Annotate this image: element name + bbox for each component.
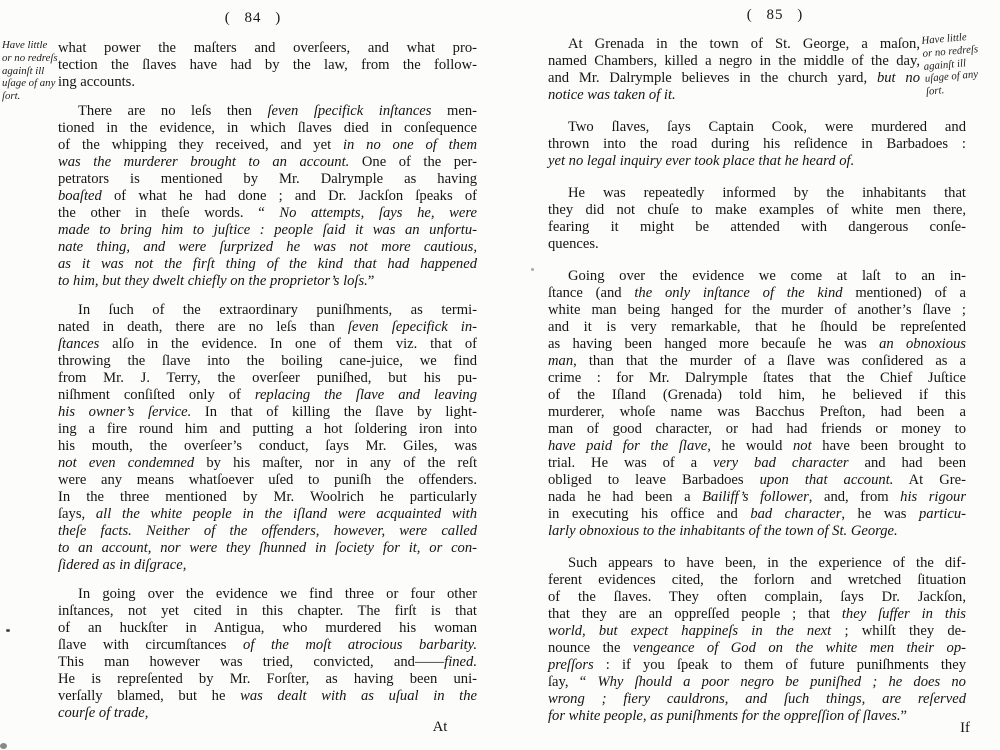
margin-note-left: Have little or no redreſs againſt ill uſ…	[2, 39, 58, 103]
text-line: made to bring him to juſtice : people ſa…	[58, 222, 477, 239]
text-line: wrong ; fiery cauldrons, and ſuch things…	[548, 691, 966, 708]
scan-speck	[0, 743, 7, 749]
text-line: In the three mentioned by Mr. Woolrich h…	[58, 489, 477, 506]
text-line: throwing the ſlave into the boiling cane…	[58, 353, 477, 370]
page-number-85: ( 85 )	[705, 7, 845, 24]
paragraph: Two ſlaves, ſays Captain Cook, were murd…	[548, 119, 966, 170]
paragraph: In ſuch of the extraordinary puniſhments…	[58, 302, 477, 574]
text-line: man, than that the murder of a ſlave was…	[548, 353, 966, 370]
paragraph: At Grenada in the town of St. George, a …	[548, 36, 966, 104]
paragraph: He was repeatedly informed by the inhabi…	[548, 185, 966, 253]
text-line: tection the ſlaves have had by the law, …	[58, 57, 477, 74]
text-line: man of good character, or had had friend…	[548, 421, 966, 438]
text-line: In ſuch of the extraordinary puniſhments…	[58, 302, 477, 319]
page-number-84: ( 84 )	[183, 10, 323, 27]
text-line: obliged to leave Barbadoes upon that acc…	[548, 472, 966, 489]
text-line: white man being hanged for the murder of…	[548, 302, 966, 319]
text-line: named Chambers, killed a negro in the mi…	[548, 53, 966, 70]
text-line: At Grenada in the town of St. George, a …	[548, 36, 966, 53]
text-line: of the ſlaves. They often complain, ſays…	[548, 589, 966, 606]
paragraph: Such appears to have been, in the experi…	[548, 555, 966, 725]
paragraph: In going over the evidence we find three…	[58, 586, 477, 722]
text-line: was the murderer brought to an account. …	[58, 154, 477, 171]
text-line: his mouth, the overſeer’s conduct, ſays …	[58, 438, 477, 455]
text-line: notice was taken of it.	[548, 87, 966, 104]
text-line: for white people, as puniſhments for the…	[548, 708, 966, 725]
text-line: niſhment conſiſted only of replacing the…	[58, 387, 477, 404]
text-line: verſally blamed, but he was dealt with a…	[58, 688, 477, 705]
text-line: There are no leſs then ſeven ſpecifick i…	[58, 103, 477, 120]
text-line: to an account, nor were they ſhunned in …	[58, 540, 477, 557]
text-line: He was repeatedly informed by the inhabi…	[548, 185, 966, 202]
text-line: were any means whatſoever uſed to puniſh…	[58, 472, 477, 489]
text-line: from Mr. J. Terry, the overſeer puniſhed…	[58, 370, 477, 387]
catchword-page-84: At	[400, 719, 480, 736]
text-line: ing accounts.	[58, 74, 477, 91]
text-line: Going over the evidence we come at laſt …	[548, 268, 966, 285]
text-line: trial. He was of a very bad character an…	[548, 455, 966, 472]
text-line: that they are an oppreſſed people ; that…	[548, 606, 966, 623]
text-line: have paid for the ſlave, he would not ha…	[548, 438, 966, 455]
text-line: tioned in the evidence, in which ſlaves …	[58, 120, 477, 137]
paragraph: Going over the evidence we come at laſt …	[548, 268, 966, 540]
text-line: Two ſlaves, ſays Captain Cook, were murd…	[548, 119, 966, 136]
text-line: ferent evidences cited, the forlorn and …	[548, 572, 966, 589]
text-line: of the Iſland (Grenada) told him, he bel…	[548, 387, 966, 404]
paragraph: what power the maſters and overſeers, an…	[58, 40, 477, 91]
text-line: and Mr. Dalrymple believes in the church…	[548, 70, 966, 87]
text-line: of an huckſter in Antigua, who murdered …	[58, 620, 477, 637]
text-line: nated in death, there are no leſs than ſ…	[58, 319, 477, 336]
text-line: inſtances, not yet cited in this chapter…	[58, 603, 477, 620]
text-line: ſidered as in diſgrace,	[58, 557, 477, 574]
text-line: the other in theſe words. “ No attempts,…	[58, 205, 477, 222]
text-line: ing a fire round him and putting a hot ſ…	[58, 421, 477, 438]
text-line: boaſted of what he had done ; and Dr. Ja…	[58, 188, 477, 205]
text-line: murderer, whoſe name was Bacchus Preſton…	[548, 404, 966, 421]
text-line: This man however was tried, convicted, a…	[58, 654, 477, 671]
text-line: ſlave with circumſtances of the moſt atr…	[58, 637, 477, 654]
text-line: theſe facts. Neither of the offenders, h…	[58, 523, 477, 540]
text-line: his owner’s ſervice. In that of killing …	[58, 404, 477, 421]
text-line: in executing his office and bad characte…	[548, 506, 966, 523]
text-line: they did not chuſe to make examples of w…	[548, 202, 966, 219]
text-line: and it is very remarkable, that he ſhoul…	[548, 319, 966, 336]
text-line: ſay, “ Why ſhould a poor negro be puniſh…	[548, 674, 966, 691]
scan-speck	[531, 268, 534, 271]
text-line: as it was not the firſt thing of the kin…	[58, 256, 477, 273]
text-line: larly obnoxious to the inhabitants of th…	[548, 523, 966, 540]
catchword-page-85: If	[925, 720, 1000, 737]
text-line: ſtance (and the only inſtance of the kin…	[548, 285, 966, 302]
text-line: ſays, all the white people in the iſland…	[58, 506, 477, 523]
text-line: nate thing, and were ſurprized he was no…	[58, 239, 477, 256]
text-line: thrown into the road during his reſidenc…	[548, 136, 966, 153]
text-line: ſtances alſo in the evidence. In one of …	[58, 336, 477, 353]
text-line: preſſors : if you ſpeak to them of futur…	[548, 657, 966, 674]
text-line: quences.	[548, 236, 966, 253]
text-line: nounce the vengeance of God on the white…	[548, 640, 966, 657]
text-line: nada he had been a Bailiff’s follower, a…	[548, 489, 966, 506]
text-line: Such appears to have been, in the experi…	[548, 555, 966, 572]
scan-speck	[6, 629, 10, 632]
page-85-text-column: At Grenada in the town of St. George, a …	[548, 36, 966, 725]
book-spread-scan: ( 84 ) ( 85 ) Have little or no redreſs …	[0, 0, 1000, 750]
text-line: yet no legal inquiry ever took place tha…	[548, 153, 966, 170]
text-line: as having been hanged more becauſe he wa…	[548, 336, 966, 353]
text-line: not even condemned by his maſter, nor in…	[58, 455, 477, 472]
paragraph: There are no leſs then ſeven ſpecifick i…	[58, 103, 477, 290]
text-line: world, but expect happineſs in the next …	[548, 623, 966, 640]
text-line: He is repreſented by Mr. Forſter, as hav…	[58, 671, 477, 688]
text-line: crime : for Mr. Dalrymple ſtates that th…	[548, 370, 966, 387]
text-line: to him, but they dwelt chiefly on the pr…	[58, 273, 477, 290]
text-line: of the whipping they received, and yet i…	[58, 137, 477, 154]
text-line: In going over the evidence we find three…	[58, 586, 477, 603]
text-line: fearing it might be attended with danger…	[548, 219, 966, 236]
text-line: petrators is mentioned by Mr. Dalrymple …	[58, 171, 477, 188]
text-line: what power the maſters and overſeers, an…	[58, 40, 477, 57]
page-84-text-column: what power the maſters and overſeers, an…	[58, 40, 477, 722]
